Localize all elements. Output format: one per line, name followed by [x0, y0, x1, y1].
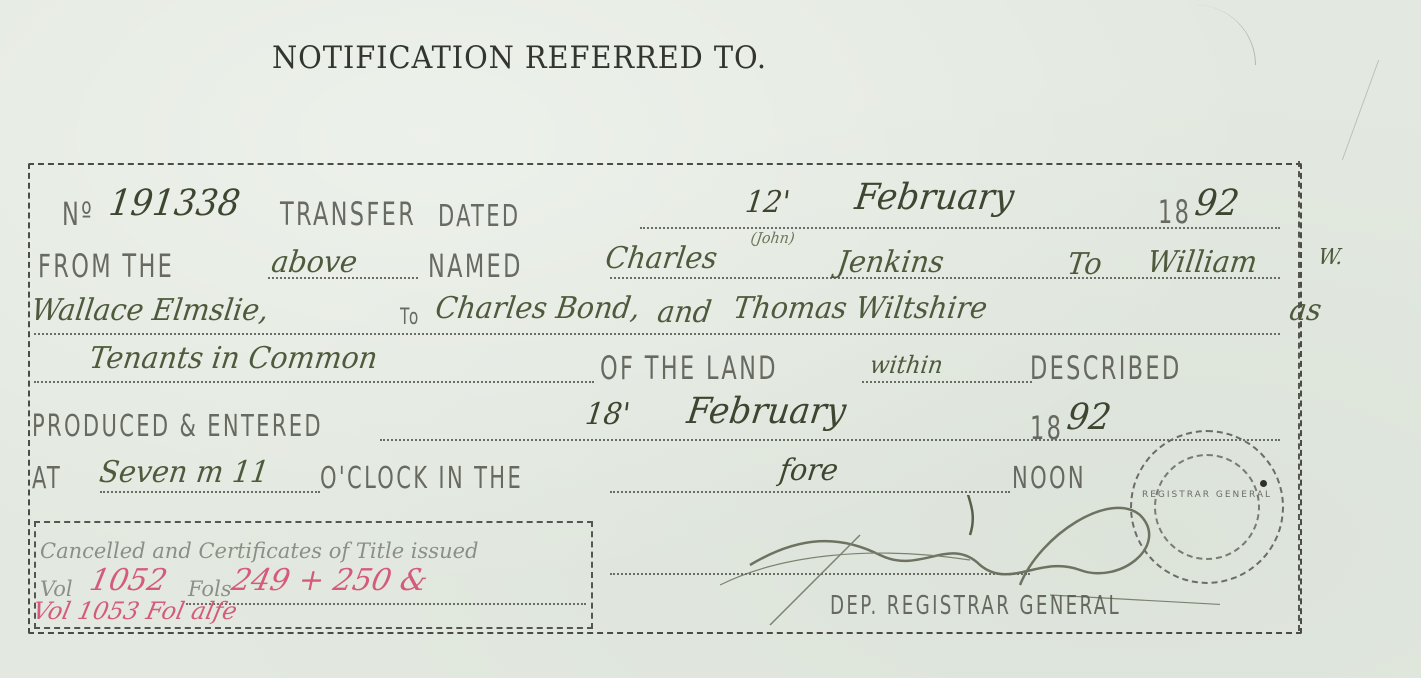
dotted-rule: [610, 491, 1010, 493]
margin-note: W.: [1317, 245, 1345, 270]
entered-date-month: February: [685, 391, 849, 432]
caveat-printed-text: Cancelled and Certificates of Title issu…: [40, 539, 478, 563]
label-produced-entered: PRODUCED & ENTERED: [32, 409, 323, 444]
transferee-name2: Charles Bond,: [433, 291, 642, 326]
word-as: as: [1287, 293, 1323, 328]
fill-above: above: [269, 245, 359, 280]
label-of-the-land: OF THE LAND: [600, 349, 778, 387]
label-noon: NOON: [1012, 461, 1086, 496]
transfer-date-day: 12': [743, 185, 792, 220]
label-described: DESCRIBED: [1030, 349, 1182, 387]
label-at: AT: [32, 461, 62, 496]
transfer-number: 191338: [107, 183, 243, 224]
fill-within: within: [868, 351, 944, 379]
transferee-names-line1: Wallace Elmslie,: [29, 293, 270, 328]
document-title: NOTIFICATION REFERRED TO.: [272, 40, 767, 76]
year-prefix: 18: [1158, 193, 1191, 231]
fill-fore: fore: [777, 453, 840, 488]
transfer-notification-form: Nº 191338 TRANSFER DATED 12' February 18…: [28, 163, 1302, 634]
transferor-first-name: Charles: [603, 241, 719, 276]
paper-crease: [1342, 60, 1421, 160]
label-transfer: TRANSFER: [280, 195, 416, 233]
transferor-last-name: Jenkins: [835, 245, 946, 280]
dotted-rule: [34, 333, 1280, 335]
word-to: To: [1065, 247, 1104, 282]
tenancy-description: Tenants in Common: [87, 341, 379, 376]
transferee-first-name: William: [1145, 245, 1259, 280]
caveat-vol-number: 1052: [87, 563, 171, 598]
dotted-rule: [186, 603, 586, 605]
label-oclock-in-the: O'CLOCK IN THE: [320, 461, 523, 496]
fill-time: Seven m 11: [97, 455, 271, 490]
entered-date-day: 18': [583, 397, 632, 432]
entered-year-prefix: 18: [1030, 409, 1063, 447]
name-insert: (John): [750, 229, 796, 247]
caveat-line2: Vol 1053 Fol alfe: [30, 597, 240, 625]
caveat-fols-numbers: 249 + 250 &: [229, 563, 431, 598]
label-number: Nº: [62, 195, 94, 233]
dotted-rule: [34, 381, 594, 383]
transferee-name3: Thomas Wiltshire: [731, 291, 989, 326]
dotted-rule: [862, 381, 1032, 383]
insert-to: To: [400, 305, 421, 330]
caveat-box: Cancelled and Certificates of Title issu…: [34, 521, 593, 629]
transfer-date-month: February: [853, 177, 1017, 218]
label-named: NAMED: [428, 247, 523, 285]
signatory-title: DEP. REGISTRAR GENERAL: [830, 591, 1121, 621]
dotted-rule: [100, 491, 320, 493]
year-suffix: 92: [1193, 183, 1242, 224]
form-right-divider: [1298, 161, 1300, 631]
label-from-the: FROM THE: [38, 247, 174, 285]
paper-crease: [1195, 5, 1256, 65]
label-dated: DATED: [438, 199, 520, 234]
entered-year-suffix: 92: [1065, 397, 1114, 438]
seal-dot: [1260, 480, 1267, 487]
word-and: and: [655, 295, 713, 330]
dotted-rule: [610, 573, 1030, 575]
dotted-rule: [380, 439, 1280, 441]
